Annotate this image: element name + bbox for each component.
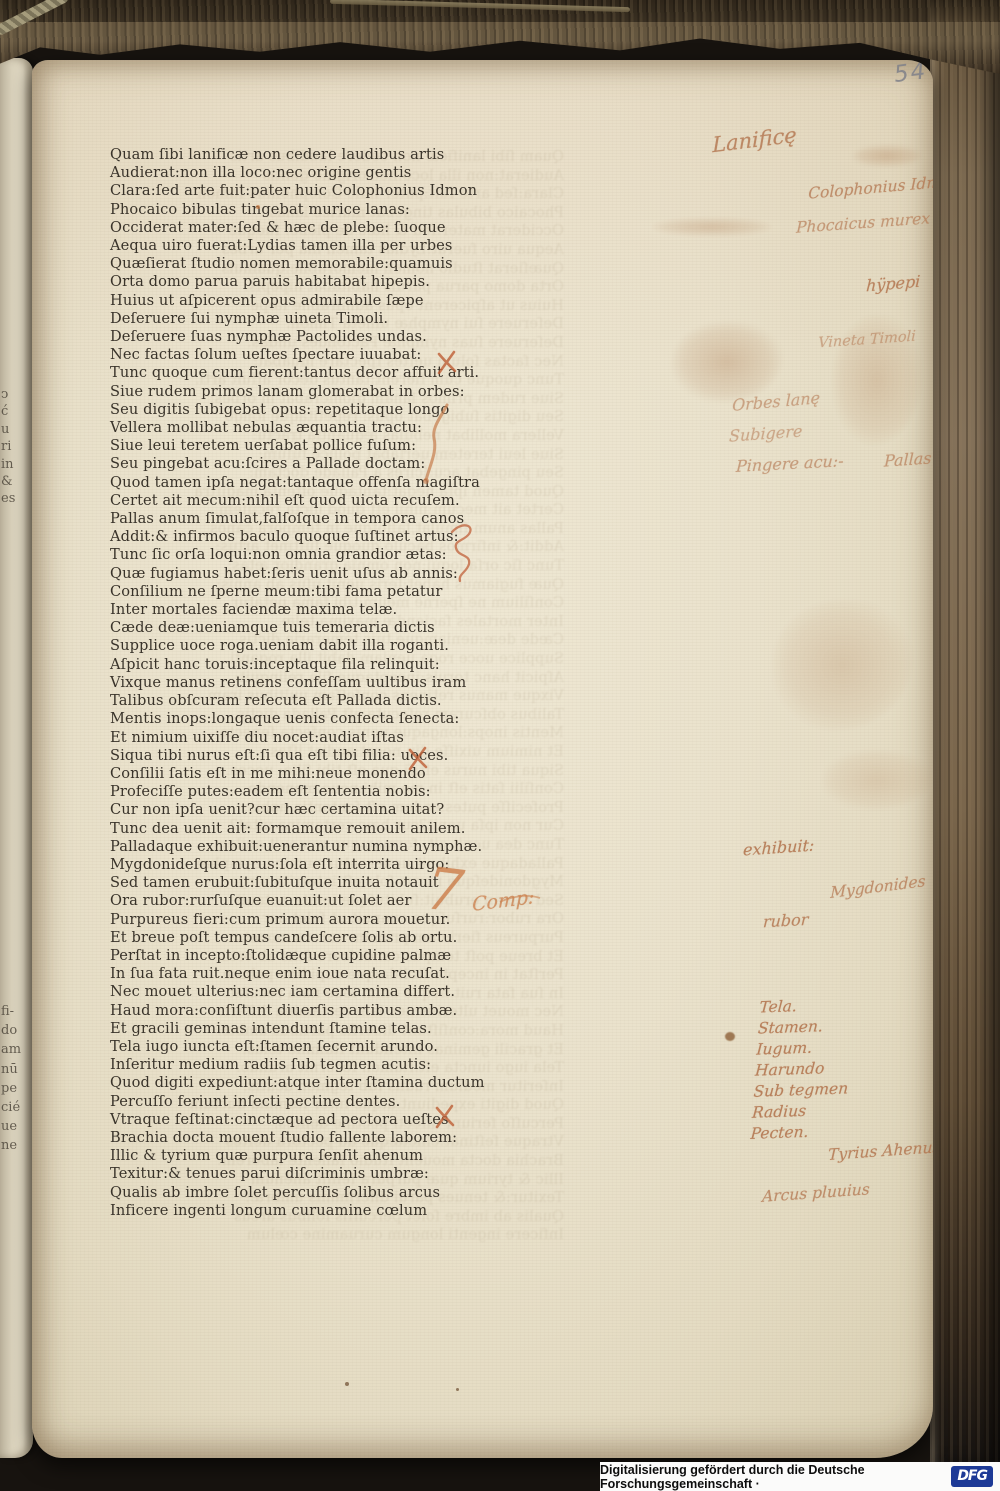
annotation-tyrius: Tyrius Ahenus [828, 1138, 933, 1164]
text-line: Et nimium uixiſſe diu nocet:audiat iſtas [110, 729, 530, 747]
text-line: Brachia docta mouent ſtudio fallente lab… [110, 1129, 530, 1147]
text-line: Quæſierat ſtudio nomen memorabile:quamui… [110, 255, 530, 273]
text-line: Inter mortales faciendæ maxima telæ. [110, 601, 530, 619]
text-line: Illic & tyrium quæ purpura ſenſit ahenum [110, 1147, 530, 1165]
text-line: Quod tamen ipſa negat:tantaque offenſa m… [110, 474, 530, 492]
binding-right-edge [930, 0, 1000, 1465]
text-line: Vixque manus retinens confeſſam uultibus… [110, 674, 530, 692]
annotation-mygdonides: Mygdonides [830, 872, 925, 902]
annotation-lanificae: Lanificę [712, 123, 797, 157]
edge-fragment: nū [1, 1060, 17, 1079]
annotation-weaving-term: Sub tegmen [753, 1078, 849, 1102]
text-line: Texitur:& tenues parui diſcriminis umbræ… [110, 1165, 530, 1183]
annotation-pallas: Pallas [884, 448, 932, 470]
printed-text-block: Quam ſibi lanificæ non cedere laudibus a… [110, 146, 530, 1220]
text-line: Quam ſibi lanificæ non cedere laudibus a… [110, 146, 530, 164]
dfg-credit-bar: Digitalisierung gefördert durch die Deut… [600, 1462, 1000, 1491]
page-number: 54 [893, 60, 929, 88]
text-line: Cæde deæ:ueniamque tuis temeraria dictis [110, 619, 530, 637]
annotation-exhibuit: exhibuit: [743, 835, 815, 859]
edge-fragment: in [1, 456, 17, 473]
text-line: Huius ut aſpicerent opus admirabile ſæpe [110, 292, 530, 310]
text-line: Quod digiti expediunt:atque inter ſtamin… [110, 1074, 530, 1092]
annotation-weaving-term: Pecten. [750, 1121, 846, 1145]
text-line: Haud mora:conſiſtunt diuerſis partibus a… [110, 1002, 530, 1020]
annotation-vineta: Vineta Timoli [818, 329, 916, 352]
text-line: Conſilium ne ſperne meum:tibi fama petat… [110, 583, 530, 601]
text-line: Nec mouet ulterius:nec iam certamina dif… [110, 983, 530, 1001]
ink-bleed-smudge [822, 750, 932, 810]
text-line: Ora rubor:rurſuſque euanuit:ut ſolet aer [110, 892, 530, 910]
text-line: Nec factas ſolum ueſtes ſpectare iuuabat… [110, 346, 530, 364]
paper-speck [456, 1388, 459, 1391]
facing-page-edge [0, 58, 33, 1458]
dfg-logo: DFG [951, 1466, 993, 1487]
annotation-colophonius: Colophonius Idmon [808, 171, 933, 202]
annotation-pingere: Pingere acu:- [736, 451, 845, 476]
edge-fragment: ri [1, 438, 17, 455]
text-line: Percuſſo feriunt inſecti pectine dentes. [110, 1093, 530, 1111]
text-line: Mentis inops:longaque uenis confecta ſen… [110, 710, 530, 728]
text-line: Mygdonideſque nurus:ſola eſt interrita u… [110, 856, 530, 874]
edge-fragment: do [1, 1021, 17, 1040]
text-line: Tunc quoque cum fierent:tantus decor aff… [110, 364, 530, 382]
text-line: Certet ait mecum:nihil eſt quod uicta re… [110, 492, 530, 510]
ink-bleed-smudge [652, 218, 772, 236]
paper-speck [345, 1382, 349, 1386]
text-line: Vtraque feſtinat:cinctæque ad pectora ue… [110, 1111, 530, 1129]
edge-fragment: cié [1, 1098, 17, 1117]
edge-fragment: am [1, 1040, 17, 1059]
text-line: Inſeritur medium radiis ſub tegmen acuti… [110, 1056, 530, 1074]
text-line: Aſpicit hanc toruis:inceptaque fila reli… [110, 656, 530, 674]
text-line: Purpureus fieri:cum primum aurora mouetu… [110, 911, 530, 929]
text-line: Vellera mollibat nebulas æquantia tractu… [110, 419, 530, 437]
text-line: Quæ fugiamus habet:ſeris uenit uſus ab a… [110, 565, 530, 583]
text-line: Addit:& infirmos baculo quoque ſuſtinet … [110, 528, 530, 546]
text-line: Tela iugo iuncta eſt:ſtamen ſecernit aru… [110, 1038, 530, 1056]
text-line: Profeciſſe putes:eadem eſt ſententia nob… [110, 783, 530, 801]
text-line: Palladaque exhibuit:uenerantur numina ny… [110, 838, 530, 856]
text-line: Seu pingebat acu:ſcires a Pallade doctam… [110, 455, 530, 473]
edge-fragment: fi- [1, 1002, 17, 1021]
text-line: Siqua tibi nurus eſt:ſi qua eſt tibi fil… [110, 747, 530, 765]
facing-page-fragments-upper: ↄćuriin&es [1, 386, 17, 508]
edge-fragment: pe [1, 1079, 17, 1098]
text-line: Inficere ingenti longum curuamine cœlum [144, 1226, 564, 1245]
text-line: Et gracili geminas intendunt ſtamine tel… [110, 1020, 530, 1038]
text-line: Deſeruere ſuas nymphæ Pactolides undas. [110, 328, 530, 346]
text-line: Talibus obſcuram reſecuta eſt Pallada di… [110, 692, 530, 710]
text-line: Orta domo parua paruis habitabat hipepis… [110, 273, 530, 291]
text-line: Pallas anum ſimulat,falſoſque in tempora… [110, 510, 530, 528]
text-line: Seu digitis ſubigebat opus: repetitaque … [110, 401, 530, 419]
text-line: In ſua fata ruit.neque enim ioue nata re… [110, 965, 530, 983]
annotation-arcus: Arcus pluuius [762, 1180, 870, 1206]
ink-bleed-smudge [672, 322, 782, 402]
text-line: Tunc dea uenit ait: formamque remouit an… [110, 820, 530, 838]
edge-fragment: ue [1, 1117, 17, 1136]
text-line: Inficere ingenti longum curuamine cœlum [110, 1202, 530, 1220]
ink-dot [725, 1032, 735, 1041]
text-line: Sed tamen erubuit:ſubituſque inuita nota… [110, 874, 530, 892]
facing-page-fragments-lower: fi-doamnūpeciéuene [1, 1002, 17, 1156]
annotation-orbes: Orbes lanę [732, 388, 820, 415]
annotation-subigere: Subigere [729, 421, 803, 445]
text-line: Audierat:non illa loco:nec origine genti… [110, 164, 530, 182]
text-line: Siue rudem primos lanam glomerabat in or… [110, 383, 530, 401]
text-line: Perſtat in incepto:ſtolidæque cupidine p… [110, 947, 530, 965]
text-line: Siue leui teretem uerſabat pollice fuſum… [110, 437, 530, 455]
edge-fragment: ↄ [1, 386, 17, 403]
book-page: 54 Quam ſibi lanificæ non cedere laudibu… [32, 60, 933, 1458]
text-line: Supplice uoce roga.ueniam dabit illa rog… [110, 637, 530, 655]
ink-bleed-smudge [772, 600, 912, 730]
dfg-credit-text: Digitalisierung gefördert durch die Deut… [600, 1463, 945, 1491]
text-line: Cur non ipſa uenit?cur hæc certamina uit… [110, 801, 530, 819]
edge-fragment: & [1, 473, 17, 490]
text-line: Deſeruere ſui nymphæ uineta Timoli. [110, 310, 530, 328]
text-line: Clara:ſed arte fuit:pater huic Colophoni… [110, 182, 530, 200]
annotation-rubor: rubor [763, 910, 809, 931]
edge-fragment: es [1, 490, 17, 507]
text-line: Qualis ab imbre ſolet percuſſis ſolibus … [110, 1184, 530, 1202]
text-line: Aequa uiro fuerat:Lydias tamen illa per … [110, 237, 530, 255]
text-line: Conſilii ſatis eſt in me mihi:neue monen… [110, 765, 530, 783]
annotation-weaving-terms: Tela.Stamen.Iugum.HarundoSub tegmenRadiu… [750, 994, 855, 1145]
edge-fragment: ne [1, 1136, 17, 1155]
text-line: Et breue poſt tempus candeſcere ſolis ab… [110, 929, 530, 947]
paper-speck [256, 205, 260, 209]
text-line: Occiderat mater:ſed & hæc de plebe: ſuoq… [110, 219, 530, 237]
edge-fragment: ć [1, 403, 17, 420]
text-line: Tunc ſic orſa loqui:non omnia grandior æ… [110, 546, 530, 564]
ink-bleed-smudge [852, 145, 922, 167]
edge-fragment: u [1, 421, 17, 438]
text-line: Phocaico bibulas tingebat murice lanas: [110, 201, 530, 219]
annotation-phocaicus: Phocaicus murex [796, 209, 930, 236]
annotation-hypepi: hÿpepi [866, 272, 921, 296]
scanned-book-spread: ↄćuriin&es fi-doamnūpeciéuene 54 Quam ſi… [0, 0, 1000, 1491]
